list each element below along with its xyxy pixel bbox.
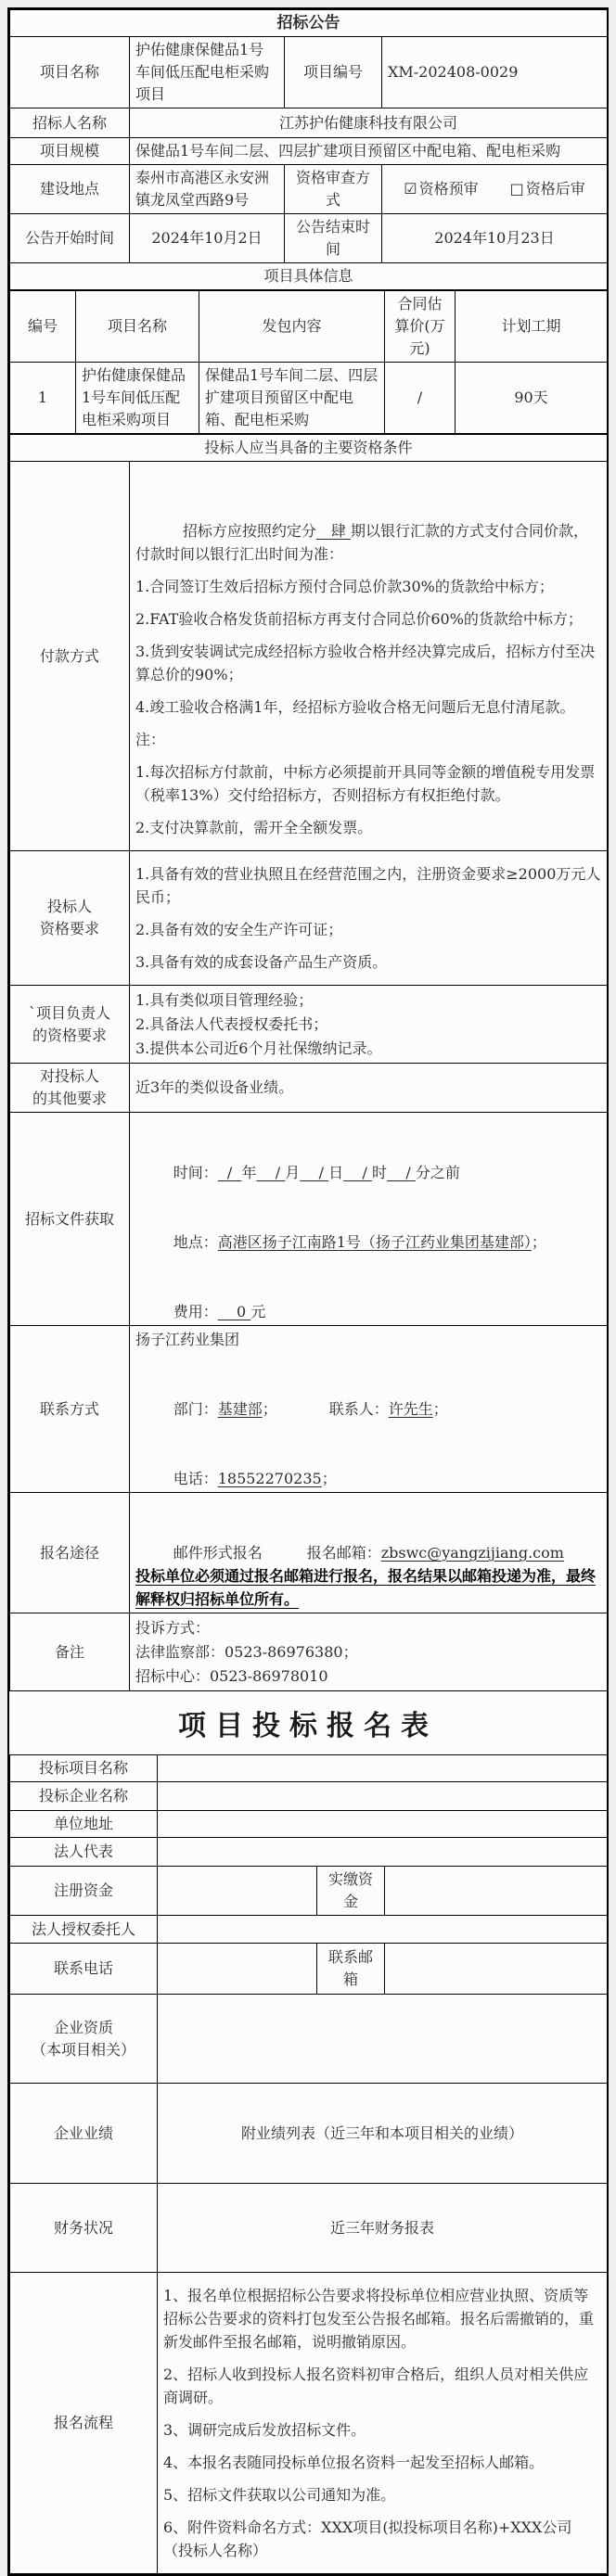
- tender-document: 招标公告 项目名称 护佑健康保健品1号车间低压配电柜采购项目 项目编号 XM-2…: [7, 7, 609, 2576]
- scale-label: 项目规模: [10, 138, 130, 165]
- doc-obtain-label: 招标文件获取: [10, 1113, 130, 1326]
- form-process-line: 6、附件资料命名方式：XXX项目(拟投标项目名称)+XXX公司（投标人名称）: [163, 2516, 601, 2562]
- text-segment: 电话：: [173, 1470, 218, 1487]
- form-process-value: 1、报名单位根据招标公告要求将投标单位相应营业执照、资质等招标公告要求的资料打包…: [158, 2273, 608, 2574]
- signup-content: 邮件形式报名 报名邮箱：zbswc@yangzijiang.com 投标单位必须…: [130, 1493, 608, 1613]
- text-segment: 元: [250, 1303, 265, 1320]
- form-title: 项目投标报名表: [9, 1691, 607, 1754]
- project-code-value: XM-202408-0029: [382, 37, 608, 108]
- bidder-qual-content: 1.具备有效的营业执照且在经营范围之内，注册资金要求≥2000万元人民币；2.具…: [130, 851, 608, 986]
- underlined-segment: zbswc@yangzijiang.com: [381, 1544, 564, 1562]
- text-segment: 邮件形式报名 报名邮箱：: [173, 1544, 381, 1562]
- text-segment: ；: [322, 1470, 337, 1487]
- text-segment: 月: [285, 1164, 300, 1181]
- underlined-segment: 高港区扬子江南路1号（扬子江药业集团基建部）: [218, 1233, 532, 1251]
- form-performance-label: 企业业绩: [10, 2084, 158, 2184]
- bidder-qual-item: 2.具备有效的安全生产许可证；: [135, 918, 601, 941]
- underlined-segment: 基建部: [218, 1400, 263, 1418]
- underlined-segment: 0: [218, 1303, 251, 1320]
- form-company-name-label: 投标企业名称: [10, 1782, 158, 1811]
- form-process-line: 2、招标人收到投标人报名资料初审合格后，组织人员对相关供应商调研。: [163, 2363, 601, 2409]
- end-time-label: 公告结束时 间: [285, 214, 382, 263]
- contact-company: 扬子江药业集团: [135, 1328, 601, 1351]
- form-finance-value: 近三年财务报表: [158, 2184, 608, 2273]
- form-email-label: 联系邮 箱: [317, 1944, 385, 1995]
- form-process-line: 1、报名单位根据招标公告要求将投标单位相应营业执照、资质等招标公告要求的资料打包…: [163, 2284, 601, 2353]
- payment-item: 4.竣工验收合格满1年，经招标方验收合格无问题后无息付清尾款。: [135, 695, 601, 719]
- contact-dept-person: 部门：基建部； 联系人：许先生；: [135, 1351, 601, 1421]
- checked-checkbox-icon: ☑: [404, 178, 417, 200]
- form-agent-label: 法人授权委托人: [10, 1916, 158, 1944]
- remark-label: 备注: [10, 1613, 130, 1691]
- text-segment: ；: [433, 1400, 448, 1418]
- payment-item: 1.合同签订生效后招标方预付合同总价款30%的货款给中标方；: [135, 575, 601, 598]
- detail-header-cell: 项目名称: [76, 291, 199, 363]
- form-address-value: [158, 1811, 608, 1838]
- form-finance-label: 财务状况: [10, 2184, 158, 2273]
- form-paid-capital-label: 实缴资 金: [317, 1867, 385, 1916]
- form-phone-label: 联系电话: [10, 1944, 158, 1995]
- manager-qual-label: `项目负责人 的资格要求: [10, 986, 130, 1064]
- review-pre-label: 资格预审: [419, 180, 479, 198]
- form-performance-value: 附业绩列表（近三年和本项目相关的业绩）: [158, 2084, 608, 2184]
- tenderer-label: 招标人名称: [10, 108, 130, 138]
- form-email-value: [385, 1944, 608, 1995]
- announcement-title: 招标公告: [10, 10, 608, 37]
- form-project-name-label: 投标项目名称: [10, 1755, 158, 1782]
- payment-item: 3.货到安装调试完成经招标方验收合格并经决算完成后，招标方付至决算总价的90%；: [135, 640, 601, 686]
- detail-price: /: [385, 363, 456, 434]
- form-process-line: 3、调研完成后发放招标文件。: [163, 2418, 601, 2442]
- text-segment: 地点：: [173, 1233, 218, 1251]
- bidder-qual-items: 1.具备有效的营业执照且在经营范围之内，注册资金要求≥2000万元人民币；2.具…: [135, 862, 601, 974]
- location-label: 建设地点: [10, 165, 130, 214]
- form-process-lines: 1、报名单位根据招标公告要求将投标单位相应营业执照、资质等招标公告要求的资料打包…: [163, 2284, 601, 2562]
- bidder-qual-item: 1.具备有效的营业执照且在经营范围之内，注册资金要求≥2000万元人民币；: [135, 862, 601, 909]
- doc-obtain-fee: 费用： 0 元: [135, 1254, 601, 1323]
- form-paid-capital-value: [385, 1867, 608, 1916]
- payment-label: 付款方式: [10, 462, 130, 851]
- detail-section-title: 项目具体信息: [10, 263, 608, 290]
- qualification-table: 投标人应当具备的主要资格条件 付款方式 招标方应按照约定分 肆 期以银行汇款的方…: [9, 434, 608, 1691]
- text-segment: 招标方应按照约定分: [183, 522, 316, 540]
- contact-content: 扬子江药业集团 部门：基建部； 联系人：许先生； 电话：18552270235；: [130, 1326, 608, 1493]
- text-segment: 年: [241, 1164, 256, 1181]
- underlined-segment: /: [343, 1164, 372, 1181]
- manager-qual-items: 1.具有类似项目管理经验；2.具备法人代表授权委托书；3.提供本公司近6个月社保…: [135, 988, 601, 1060]
- form-reg-capital-label: 注册资金: [10, 1867, 158, 1916]
- underlined-segment: 肆: [316, 522, 351, 540]
- payment-notes: 1.每次招标方付款前，中标方必须提前开具同等金额的增值税专用发票（税率13%）交…: [135, 760, 601, 839]
- text-segment: 日: [328, 1164, 343, 1181]
- manager-qual-item: 3.提供本公司近6个月社保缴纳记录。: [135, 1037, 601, 1060]
- payment-item: 2.FAT验收合格发货前招标方再支付合同总价60%的货款给中标方；: [135, 607, 601, 631]
- detail-content: 保健品1号车间二层、四层扩建项目预留区中配电箱、配电柜采购: [199, 363, 385, 434]
- start-time-label: 公告开始时间: [10, 214, 130, 263]
- qualification-section-title: 投标人应当具备的主要资格条件: [10, 435, 608, 462]
- underlined-segment: /: [387, 1164, 416, 1181]
- form-address-label: 单位地址: [10, 1811, 158, 1838]
- remark-line: 法律监察部：0523-86976380；: [135, 1640, 601, 1664]
- form-process-line: 5、招标文件获取以公司通知为准。: [163, 2483, 601, 2506]
- remark-line: 招标中心：0523-86978010: [135, 1664, 601, 1688]
- bidder-qual-item: 3.具备有效的成套设备产品生产资质。: [135, 950, 601, 974]
- project-name-value: 护佑健康保健品1号车间低压配电柜采购项目: [130, 37, 285, 108]
- text-segment: 时: [372, 1164, 387, 1181]
- text-segment: ； 联系人：: [263, 1400, 389, 1418]
- text-segment: ；: [532, 1233, 546, 1251]
- detail-header-cell: 合同估 算价(万 元): [385, 291, 456, 363]
- detail-header-row: 编号项目名称发包内容合同估 算价(万 元)计划工期: [10, 291, 608, 363]
- payment-items: 1.合同签订生效后招标方预付合同总价款30%的货款给中标方；2.FAT验收合格发…: [135, 575, 601, 719]
- announcement-table: 招标公告 项目名称 护佑健康保健品1号车间低压配电柜采购项目 项目编号 XM-2…: [9, 9, 608, 290]
- review-post-label: 资格后审: [526, 180, 585, 198]
- form-phone-value: [158, 1944, 317, 1995]
- remark-content: 投诉方式：法律监察部：0523-86976380；招标中心：0523-86978…: [130, 1613, 608, 1691]
- detail-name: 护佑健康保健品1号车间低压配电柜采购项目: [76, 363, 199, 434]
- signup-notice: 投标单位必须通过报名邮箱进行报名，报名结果以邮箱投递为准，最终解释权归招标单位所…: [135, 1564, 601, 1611]
- underlined-segment: /: [256, 1164, 285, 1181]
- form-company-name-value: [158, 1782, 608, 1811]
- review-method-value: ☑资格预审□资格后审: [382, 165, 608, 214]
- form-legal-rep-label: 法人代表: [10, 1838, 158, 1867]
- tenderer-value: 江苏护佑健康科技有限公司: [130, 108, 608, 138]
- contact-phone: 电话：18552270235；: [135, 1421, 601, 1490]
- text-segment: 部门：: [173, 1400, 218, 1418]
- form-process-label: 报名流程: [10, 2273, 158, 2574]
- detail-no: 1: [10, 363, 76, 434]
- other-req-label: 对投标人 的其他要求: [10, 1064, 130, 1113]
- form-agent-value: [158, 1916, 608, 1944]
- remark-line: 投诉方式：: [135, 1616, 601, 1639]
- doc-obtain-time: 时间： / 年 / 月 / 日 / 时 / 分之前: [135, 1115, 601, 1184]
- doc-obtain-place: 地点：高港区扬子江南路1号（扬子江药业集团基建部）；: [135, 1184, 601, 1254]
- underlined-segment: /: [218, 1164, 242, 1181]
- form-qualification-label: 企业资质 （本项目相关）: [10, 1995, 158, 2084]
- payment-paragraphs: 招标方应按照约定分 肆 期以银行汇款的方式支付合同价款，付款时间以银行汇出时间为…: [135, 473, 601, 566]
- underlined-segment: 许先生: [389, 1400, 433, 1418]
- bidder-qual-label: 投标人 资格要求: [10, 851, 130, 986]
- manager-qual-item: 2.具备法人代表授权委托书；: [135, 1013, 601, 1036]
- payment-intro: 招标方应按照约定分 肆 期以银行汇款的方式支付合同价款，付款时间以银行汇出时间为…: [135, 473, 601, 566]
- payment-note: 注：: [135, 728, 601, 751]
- doc-obtain-content: 时间： / 年 / 月 / 日 / 时 / 分之前 地点：高港区扬子江南路1号（…: [130, 1113, 608, 1326]
- detail-duration: 90天: [456, 363, 608, 434]
- project-name-label: 项目名称: [10, 37, 130, 108]
- payment-note-item: 1.每次招标方付款前，中标方必须提前开具同等金额的增值税专用发票（税率13%）交…: [135, 760, 601, 807]
- project-code-label: 项目编号: [285, 37, 382, 108]
- detail-header-cell: 计划工期: [456, 291, 608, 363]
- detail-header-cell: 发包内容: [199, 291, 385, 363]
- signup-label: 报名途径: [10, 1493, 130, 1613]
- end-time-value: 2024年10月23日: [382, 214, 608, 263]
- payment-content: 招标方应按照约定分 肆 期以银行汇款的方式支付合同价款，付款时间以银行汇出时间为…: [130, 462, 608, 851]
- manager-qual-item: 1.具有类似项目管理经验；: [135, 988, 601, 1012]
- payment-note-item: 2.支付决算款前，需开全全额发票。: [135, 816, 601, 839]
- form-qualification-value: [158, 1995, 608, 2084]
- form-legal-rep-value: [158, 1838, 608, 1867]
- form-reg-capital-value: [158, 1867, 317, 1916]
- signup-mail-line: 邮件形式报名 报名邮箱：zbswc@yangzijiang.com: [135, 1495, 601, 1564]
- other-req-content: 近3年的类似设备业绩。: [130, 1064, 608, 1113]
- form-process-line: 4、本报名表随同投标单位报名资料一起发至招标人邮箱。: [163, 2451, 601, 2474]
- contact-label: 联系方式: [10, 1326, 130, 1493]
- registration-form-table: 投标项目名称 投标企业名称 单位地址 法人代表 注册资金 实缴资 金 法人授权委…: [9, 1754, 608, 2574]
- form-project-name-value: [158, 1755, 608, 1782]
- text-segment: 时间：: [173, 1164, 218, 1181]
- manager-qual-content: 1.具有类似项目管理经验；2.具备法人代表授权委托书；3.提供本公司近6个月社保…: [130, 986, 608, 1064]
- detail-table: 编号项目名称发包内容合同估 算价(万 元)计划工期 1 护佑健康保健品1号车间低…: [9, 290, 608, 434]
- detail-data-row: 1 护佑健康保健品1号车间低压配电柜采购项目 保健品1号车间二层、四层扩建项目预…: [10, 363, 608, 434]
- start-time-value: 2024年10月2日: [130, 214, 285, 263]
- remark-lines: 投诉方式：法律监察部：0523-86976380；招标中心：0523-86978…: [135, 1616, 601, 1688]
- location-value: 泰州市高港区永安洲镇龙凤堂西路9号: [130, 165, 285, 214]
- underlined-segment: 18552270235: [218, 1470, 322, 1487]
- payment-note-label: 注：: [135, 728, 601, 751]
- text-segment: 费用：: [173, 1303, 218, 1320]
- review-method-label: 资格审查方 式: [285, 165, 382, 214]
- underlined-segment: /: [300, 1164, 328, 1181]
- unchecked-checkbox-icon: □: [510, 178, 524, 200]
- detail-header-cell: 编号: [10, 291, 76, 363]
- text-segment: 分之前: [416, 1164, 460, 1181]
- scale-value: 保健品1号车间二层、四层扩建项目预留区中配电箱、配电柜采购: [130, 138, 608, 165]
